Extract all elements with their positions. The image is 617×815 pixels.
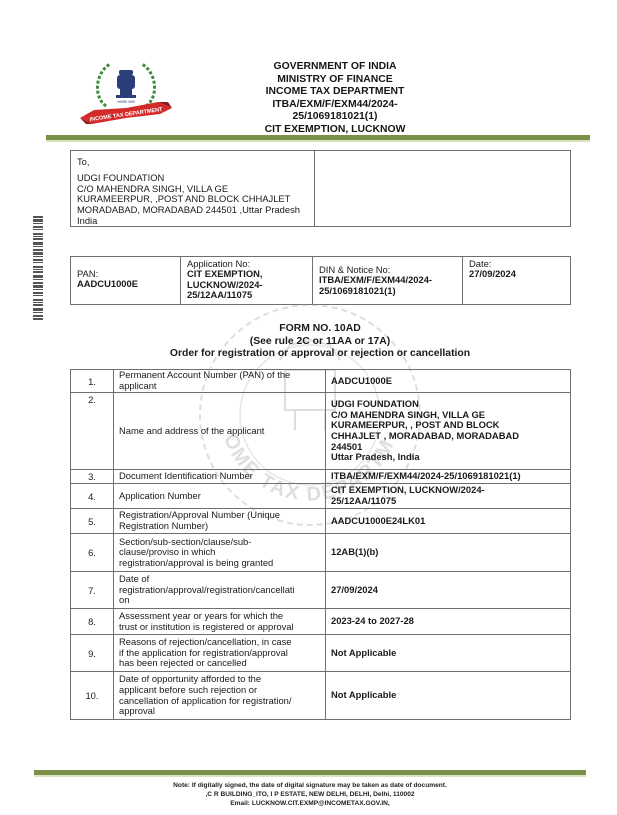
header-line: INCOME TAX DEPARTMENT [200, 86, 470, 99]
row-number: 8. [71, 609, 114, 634]
footer-note: Note: If digitally signed, the date of d… [60, 781, 560, 790]
barcode [33, 216, 43, 320]
svg-text:सत्यमेव जयते: सत्यमेव जयते [117, 99, 135, 104]
pan-value: AADCU1000E [77, 279, 180, 289]
form-subtitle: Order for registration or approval or re… [110, 348, 530, 361]
row-description: Reasons of rejection/cancellation, in ca… [114, 635, 326, 671]
value-line: 27/09/2024 [331, 585, 378, 596]
row-number: 10. [71, 672, 114, 719]
value-line: Uttar Pradesh, India [331, 452, 519, 463]
row-value: UDGI FOUNDATIONC/O MAHENDRA SINGH, VILLA… [326, 393, 570, 469]
header-divider [46, 135, 590, 140]
address-blank-cell [315, 151, 570, 226]
description-line: Registration Number) [119, 521, 280, 532]
row-value: 27/09/2024 [326, 572, 570, 608]
description-line: Application Number [119, 491, 201, 502]
address-line: MORADABAD, MORADABAD 244501 ,Uttar Prade… [77, 205, 314, 216]
description-line: applicant before such rejection or [119, 685, 292, 696]
row-description: Permanent Account Number (PAN) of theapp… [114, 370, 326, 392]
form-title-block: FORM NO. 10AD (See rule 2C or 11AA or 17… [110, 323, 530, 361]
row-number: 4. [71, 484, 114, 508]
description-line: has been rejected or cancelled [119, 658, 292, 669]
description-line: trust or institution is registered or ap… [119, 622, 294, 633]
date-cell: Date: 27/09/2024 [463, 257, 570, 304]
value-line: 2023-24 to 2027-28 [331, 616, 414, 627]
row-description: Name and address of the applicant [114, 393, 326, 469]
row-number: 9. [71, 635, 114, 671]
to-label: To, [77, 157, 314, 168]
table-row: 5.Registration/Approval Number (UniqueRe… [71, 508, 570, 533]
footer: Note: If digitally signed, the date of d… [60, 781, 560, 808]
description-line: registration/approval is being granted [119, 558, 273, 569]
footer-address: ,C R BUILDING_ITO, I P ESTATE, NEW DELHI… [60, 790, 560, 799]
table-row: 8.Assessment year or years for which the… [71, 608, 570, 634]
row-value: 2023-24 to 2027-28 [326, 609, 570, 634]
issuing-authority-header: GOVERNMENT OF INDIA MINISTRY OF FINANCE … [200, 61, 470, 137]
value-line: 25/12AA/11075 [331, 496, 485, 507]
table-row: 4.Application NumberCIT EXEMPTION, LUCKN… [71, 483, 570, 508]
date-value: 27/09/2024 [469, 269, 570, 279]
row-value: ITBA/EXM/F/EXM44/2024-25/1069181021(1) [326, 470, 570, 483]
form-rule: (See rule 2C or 11AA or 17A) [110, 336, 530, 349]
table-row: 6.Section/sub-section/clause/sub-clause/… [71, 533, 570, 571]
row-number: 1. [71, 370, 114, 392]
value-line: CHHAJLET , MORADABAD, MORADABAD [331, 431, 519, 442]
description-line: on [119, 595, 295, 606]
din-value: 25/1069181021(1) [319, 286, 462, 296]
notice-info-table: PAN: AADCU1000E Application No: CIT EXEM… [70, 256, 571, 305]
row-number: 5. [71, 509, 114, 533]
address-line: India [77, 216, 314, 227]
row-number: 6. [71, 534, 114, 571]
value-line: ITBA/EXM/F/EXM44/2024-25/1069181021(1) [331, 471, 521, 482]
recipient-address: To, UDGI FOUNDATION C/O MAHENDRA SINGH, … [71, 151, 315, 226]
row-value: Not Applicable [326, 635, 570, 671]
description-line: applicant [119, 381, 290, 392]
description-line: Document Identification Number [119, 471, 253, 482]
row-value: 12AB(1)(b) [326, 534, 570, 571]
header-line: 25/1069181021(1) [200, 111, 470, 124]
row-number: 3. [71, 470, 114, 483]
form-number: FORM NO. 10AD [110, 323, 530, 336]
row-value: AADCU1000E [326, 370, 570, 392]
table-row: 10.Date of opportunity afforded to theap… [71, 671, 570, 719]
row-description: Application Number [114, 484, 326, 508]
pan-cell: PAN: AADCU1000E [71, 257, 181, 304]
income-tax-logo: सत्यमेव जयते INCOME TAX DEPARTMENT [76, 56, 176, 128]
row-description: Document Identification Number [114, 470, 326, 483]
order-details-table: 1.Permanent Account Number (PAN) of thea… [70, 369, 571, 720]
din-cell: DIN & Notice No: ITBA/EXM/F/EXM44/2024- … [313, 257, 463, 304]
header-line: ITBA/EXM/F/EXM44/2024- [200, 99, 470, 112]
table-row: 7.Date ofregistration/approval/registrat… [71, 571, 570, 608]
description-line: registration/approval/registration/cance… [119, 585, 295, 596]
header-line: MINISTRY OF FINANCE [200, 74, 470, 87]
description-line: Name and address of the applicant [119, 426, 264, 437]
value-line: Not Applicable [331, 690, 396, 701]
row-description: Assessment year or years for which thetr… [114, 609, 326, 634]
application-no-cell: Application No: CIT EXEMPTION, LUCKNOW/2… [181, 257, 313, 304]
row-description: Date ofregistration/approval/registratio… [114, 572, 326, 608]
value-line: AADCU1000E24LK01 [331, 516, 425, 527]
row-number: 2. [71, 393, 114, 469]
footer-email: Email: LUCKNOW.CIT.EXMP@INCOMETAX.GOV.IN… [60, 799, 560, 808]
table-row: 9.Reasons of rejection/cancellation, in … [71, 634, 570, 671]
footer-divider [34, 770, 586, 775]
table-row: 2.Name and address of the applicantUDGI … [71, 392, 570, 469]
description-line: Assessment year or years for which the [119, 611, 294, 622]
table-row: 1.Permanent Account Number (PAN) of thea… [71, 370, 570, 392]
row-description: Registration/Approval Number (UniqueRegi… [114, 509, 326, 533]
description-line: approval [119, 706, 292, 717]
row-value: CIT EXEMPTION, LUCKNOW/2024-25/12AA/1107… [326, 484, 570, 508]
row-value: Not Applicable [326, 672, 570, 719]
value-line: AADCU1000E [331, 376, 392, 387]
row-description: Section/sub-section/clause/sub-clause/pr… [114, 534, 326, 571]
address-line: UDGI FOUNDATION [77, 173, 314, 184]
row-description: Date of opportunity afforded to theappli… [114, 672, 326, 719]
value-line: Not Applicable [331, 648, 396, 659]
row-number: 7. [71, 572, 114, 608]
application-no-value: 25/12AA/11075 [187, 290, 312, 300]
table-row: 3.Document Identification NumberITBA/EXM… [71, 469, 570, 483]
recipient-address-box: To, UDGI FOUNDATION C/O MAHENDRA SINGH, … [70, 150, 571, 227]
header-line: GOVERNMENT OF INDIA [200, 61, 470, 74]
value-line: 12AB(1)(b) [331, 547, 378, 558]
row-value: AADCU1000E24LK01 [326, 509, 570, 533]
